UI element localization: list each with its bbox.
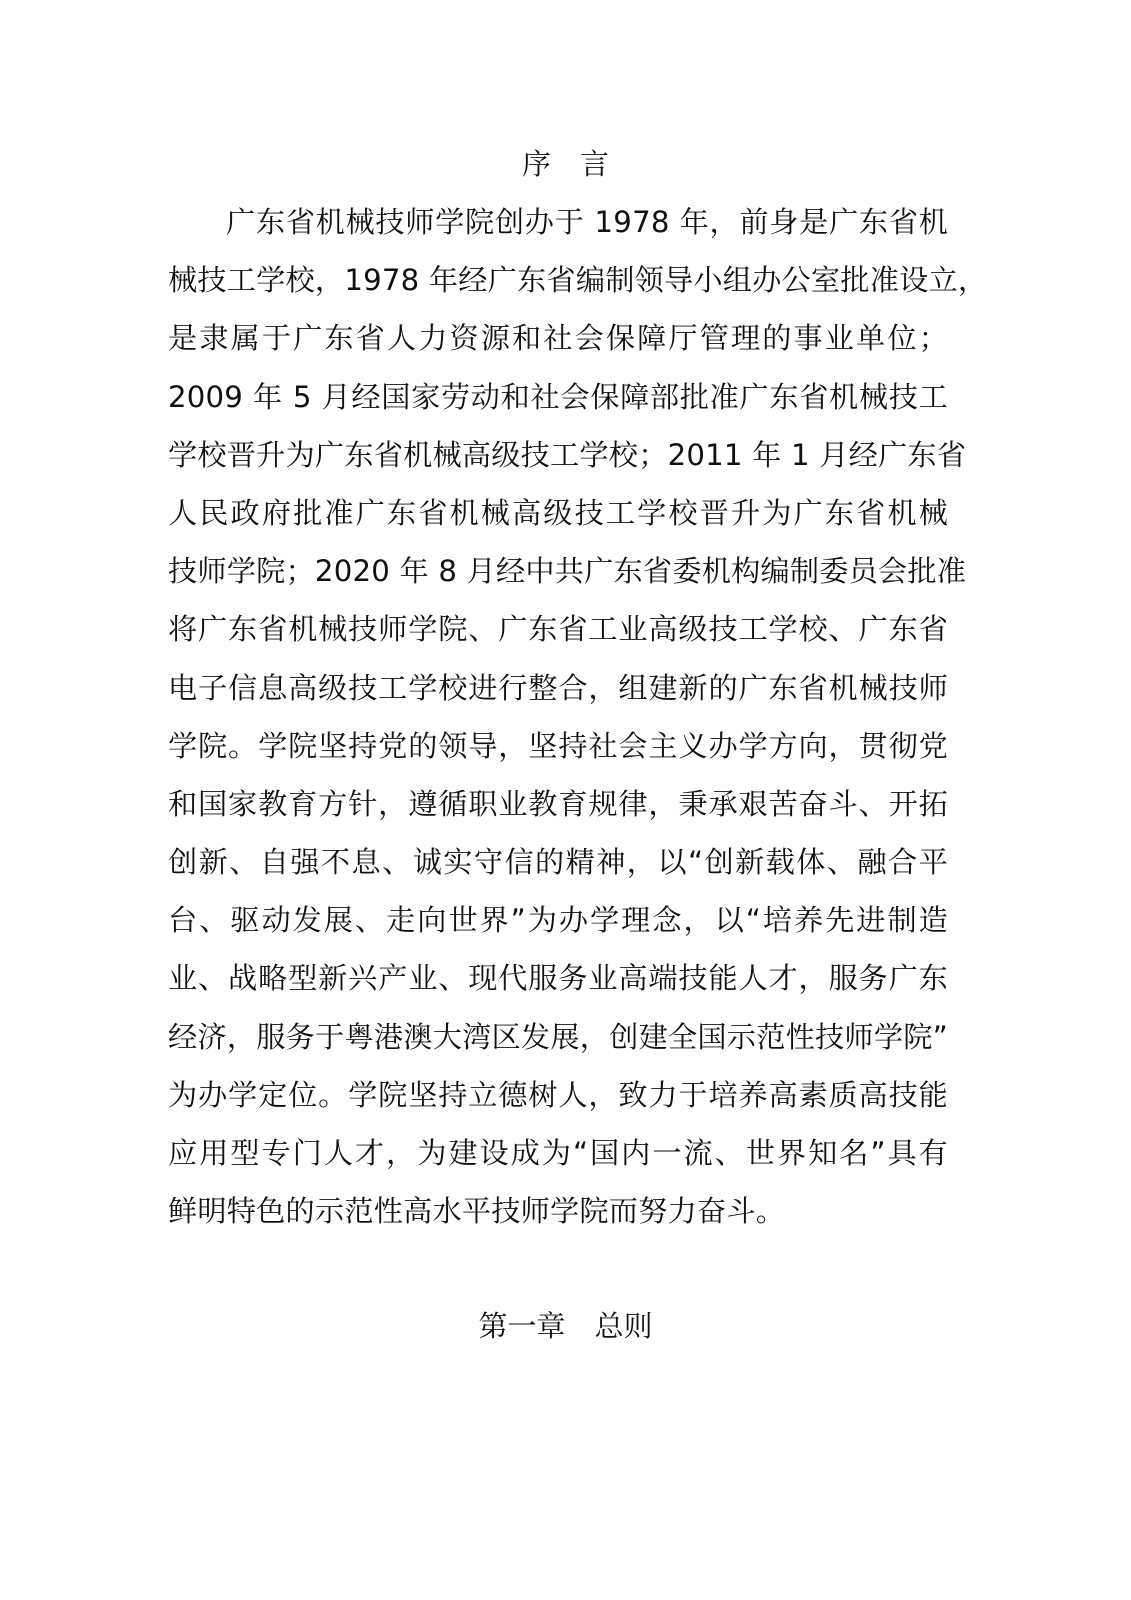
paragraph-line: 鲜明特色的示范性高水平技师学院而努力奋斗。 <box>168 1189 948 1247</box>
paragraph-line: 创新、自强不息、诚实守信的精神，以“创新载体、融合平 <box>168 840 948 898</box>
paragraph-line: 技师学院；2020 年 8 月经中共广东省委机构编制委员会批准 <box>168 549 948 607</box>
paragraph-line: 应用型专门人才，为建设成为“国内一流、世界知名”具有 <box>168 1131 948 1189</box>
paragraph-line: 广东省机械技师学院创办于 1978 年，前身是广东省机 <box>168 200 948 258</box>
document-page: 序 言 广东省机械技师学院创办于 1978 年，前身是广东省机 械技工学校，19… <box>0 0 1131 1600</box>
paragraph-line: 和国家教育方针，遵循职业教育规律，秉承艰苦奋斗、开拓 <box>168 782 948 840</box>
paragraph-line: 将广东省机械技师学院、广东省工业高级技工学校、广东省 <box>168 607 948 665</box>
chapter-title: 第一章 总则 <box>0 1308 1131 1344</box>
paragraph-line: 电子信息高级技工学校进行整合，组建新的广东省机械技师 <box>168 666 948 724</box>
paragraph-line: 业、战略型新兴产业、现代服务业高端技能人才，服务广东 <box>168 956 948 1014</box>
paragraph-line: 为办学定位。学院坚持立德树人，致力于培养高素质高技能 <box>168 1073 948 1131</box>
preface-title: 序 言 <box>0 146 1131 182</box>
paragraph-line: 学院。学院坚持党的领导，坚持社会主义办学方向，贯彻党 <box>168 724 948 782</box>
paragraph-line: 学校晋升为广东省机械高级技工学校；2011 年 1 月经广东省 <box>168 433 948 491</box>
paragraph-line: 人民政府批准广东省机械高级技工学校晋升为广东省机械 <box>168 491 948 549</box>
preface-paragraph: 广东省机械技师学院创办于 1978 年，前身是广东省机 械技工学校，1978 年… <box>168 200 948 1247</box>
paragraph-line: 经济，服务于粤港澳大湾区发展，创建全国示范性技师学院” <box>168 1015 948 1073</box>
paragraph-line: 2009 年 5 月经国家劳动和社会保障部批准广东省机械技工 <box>168 375 948 433</box>
paragraph-line: 械技工学校，1978 年经广东省编制领导小组办公室批准设立， <box>168 258 948 316</box>
paragraph-line: 台、驱动发展、走向世界”为办学理念，以“培养先进制造 <box>168 898 948 956</box>
paragraph-line: 是隶属于广东省人力资源和社会保障厅管理的事业单位； <box>168 316 948 374</box>
